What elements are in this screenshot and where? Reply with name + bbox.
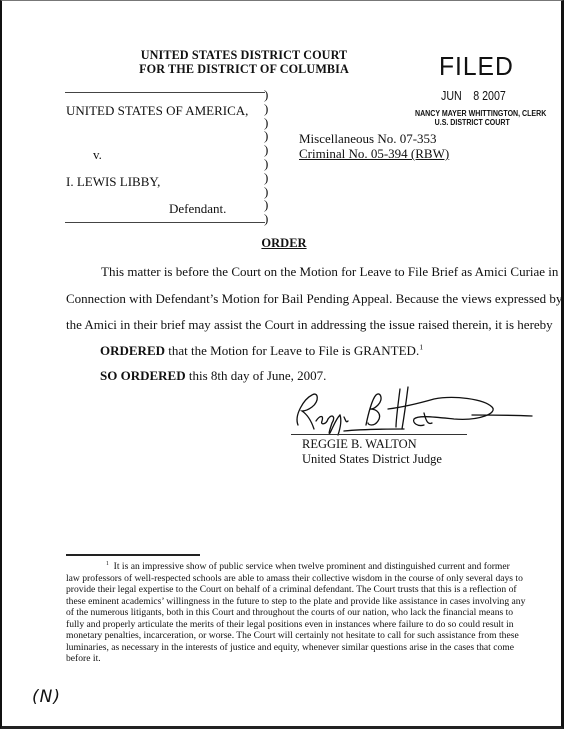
so-ordered-label: SO ORDERED	[100, 368, 186, 383]
caption-bottom-rule	[65, 222, 265, 223]
criminal-case-number: Criminal No. 05-394 (RBW)	[299, 146, 449, 161]
filed-stamp-clerk: NANCY MAYER WHITTINGTON, CLERK U.S. DIST…	[415, 109, 529, 127]
footnote-reference: 1	[419, 343, 423, 352]
so-ordered-text: this 8th day of June, 2007.	[186, 368, 327, 383]
filed-stamp-month: JUN	[441, 88, 462, 103]
order-paragraph-line-3: the Amici in their brief may assist the …	[66, 317, 553, 333]
order-paragraph-line-2: Connection with Defendant’s Motion for B…	[66, 291, 562, 307]
ordered-text: that the Motion for Leave to File is GRA…	[165, 343, 419, 358]
judge-title: United States District Judge	[302, 452, 442, 467]
footnote-separator	[66, 554, 200, 556]
caption-top-rule	[65, 92, 265, 93]
caption-plaintiff: UNITED STATES OF AMERICA,	[66, 103, 248, 119]
judge-name: REGGIE B. WALTON	[302, 437, 417, 452]
caption-defendant: I. LEWIS LIBBY,	[66, 174, 160, 190]
footnote-text: It is an impressive show of public servi…	[66, 561, 525, 664]
order-paragraph-line-1: This matter is before the Court on the M…	[101, 264, 558, 280]
footnote-1: 1 It is an impressive show of public ser…	[66, 561, 526, 665]
misc-case-number: Miscellaneous No. 07-353	[299, 131, 449, 146]
signature-rule	[291, 434, 467, 435]
caption-parentheses: ) ) ) ) ) ) ) ) ) )	[264, 88, 268, 226]
caption-defendant-role: Defendant.	[169, 201, 226, 217]
case-numbers: Miscellaneous No. 07-353 Criminal No. 05…	[299, 131, 449, 161]
ordered-clause: ORDERED that the Motion for Leave to Fil…	[100, 343, 423, 359]
so-ordered-clause: SO ORDERED this 8th day of June, 2007.	[100, 368, 326, 384]
filed-stamp-court: U.S. DISTRICT COURT	[415, 118, 529, 127]
filed-stamp-date: JUN8 2007	[441, 88, 506, 103]
court-heading-line1: UNITED STATES DISTRICT COURT	[42, 48, 446, 62]
filed-stamp-title: FILED	[439, 51, 514, 82]
filed-stamp-clerk-name: NANCY MAYER WHITTINGTON, CLERK	[415, 109, 529, 118]
document-page: UNITED STATES DISTRICT COURT FOR THE DIS…	[0, 0, 564, 729]
filed-stamp-day: 8	[473, 88, 479, 103]
judge-signature	[284, 385, 534, 437]
ordered-label: ORDERED	[100, 343, 165, 358]
filed-stamp-year: 2007	[482, 88, 506, 103]
order-title: ORDER	[2, 236, 564, 251]
caption-versus: v.	[93, 147, 102, 163]
footnote-number: 1	[106, 561, 109, 567]
handwritten-mark: (N)	[32, 687, 61, 707]
court-heading-line2: FOR THE DISTRICT OF COLUMBIA	[42, 62, 446, 76]
